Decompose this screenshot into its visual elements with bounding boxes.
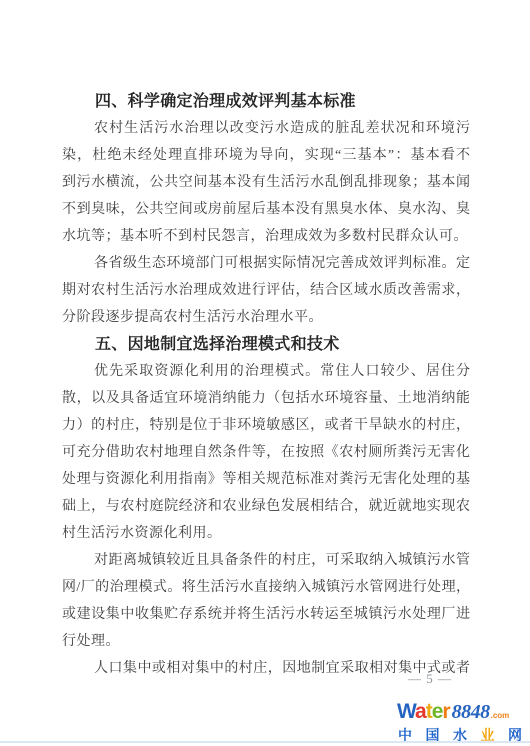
text-line: 优先采取资源化利用的治理模式。常住人口较少、居住分: [62, 358, 470, 385]
brand-tld: .com: [491, 711, 510, 720]
text-line: 各省级生态环境部门可根据实际情况完善成效评判标准。定: [62, 250, 470, 277]
text-line: 分阶段逐步提高农村生活污水治理水平。: [62, 304, 470, 331]
text-line: 网/厂的治理模式。将生活污水直接纳入城镇污水管网进行处理，: [62, 574, 470, 601]
text-line: 或建设集中收集贮存系统并将生活污水转运至城镇污水处理厂进: [62, 601, 470, 628]
text-line: 水坑等；基本听不到村民怨言，治理成效为多数村民群众认可。: [62, 223, 470, 250]
brand-letter: W: [397, 700, 415, 723]
page-number: — 5 —: [0, 669, 452, 689]
document-body: 四、科学确定治理成效评判基本标准农村生活污水治理以改变污水造成的脏乱差状况和环境…: [62, 88, 470, 682]
brand-letter: r: [442, 700, 449, 723]
text-line: 行处理。: [62, 628, 470, 655]
water8848-watermark: Water 8848 .com 中国水业网: [397, 700, 523, 745]
text-line: 四、科学确定治理成效评判基本标准: [62, 88, 470, 115]
text-line: 不到臭味，公共空间或房前屋后基本没有黑臭水体、臭水沟、臭: [62, 196, 470, 223]
text-line: 期对农村生活污水治理成效进行评估，结合区域水质改善需求，: [62, 277, 470, 304]
brand-letter: e: [432, 700, 443, 723]
brand-digits: 8848: [452, 701, 490, 724]
brand-letters: Water: [397, 700, 450, 724]
text-line: 对距离城镇较近且具备条件的村庄，可采取纳入城镇污水管: [62, 547, 470, 574]
text-line: 础上，与农村庭院经济和农业绿色发展相结合，就近就地实现农: [62, 493, 470, 520]
text-line: 到污水横流，公共空间基本没有生活污水乱倒乱排现象；基本闻: [62, 169, 470, 196]
text-line: 处理与资源化利用指南》等相关规范标准对粪污无害化处理的基: [62, 466, 470, 493]
text-line: 村生活污水资源化利用。: [62, 520, 470, 547]
brand-letter: a: [415, 700, 426, 723]
text-line: 可充分借助农村地理自然条件等，在按照《农村厕所粪污无害化: [62, 439, 470, 466]
text-line: 散，以及具备适宜环境消纳能力（包括水环境容量、土地消纳能: [62, 385, 470, 412]
text-line: 染，杜绝未经处理直排环境为导向，实现“三基本”：基本看不: [62, 142, 470, 169]
bottom-divider: [0, 741, 530, 743]
water8848-logo: Water 8848 .com: [397, 700, 523, 724]
text-line: 五、因地制宜选择治理模式和技术: [62, 331, 470, 358]
document-page: 四、科学确定治理成效评判基本标准农村生活污水治理以改变污水造成的脏乱差状况和环境…: [0, 0, 530, 746]
text-line: 农村生活污水治理以改变污水造成的脏乱差状况和环境污: [62, 115, 470, 142]
text-line: 力）的村庄，特别是位于非环境敏感区，或者干旱缺水的村庄，: [62, 412, 470, 439]
